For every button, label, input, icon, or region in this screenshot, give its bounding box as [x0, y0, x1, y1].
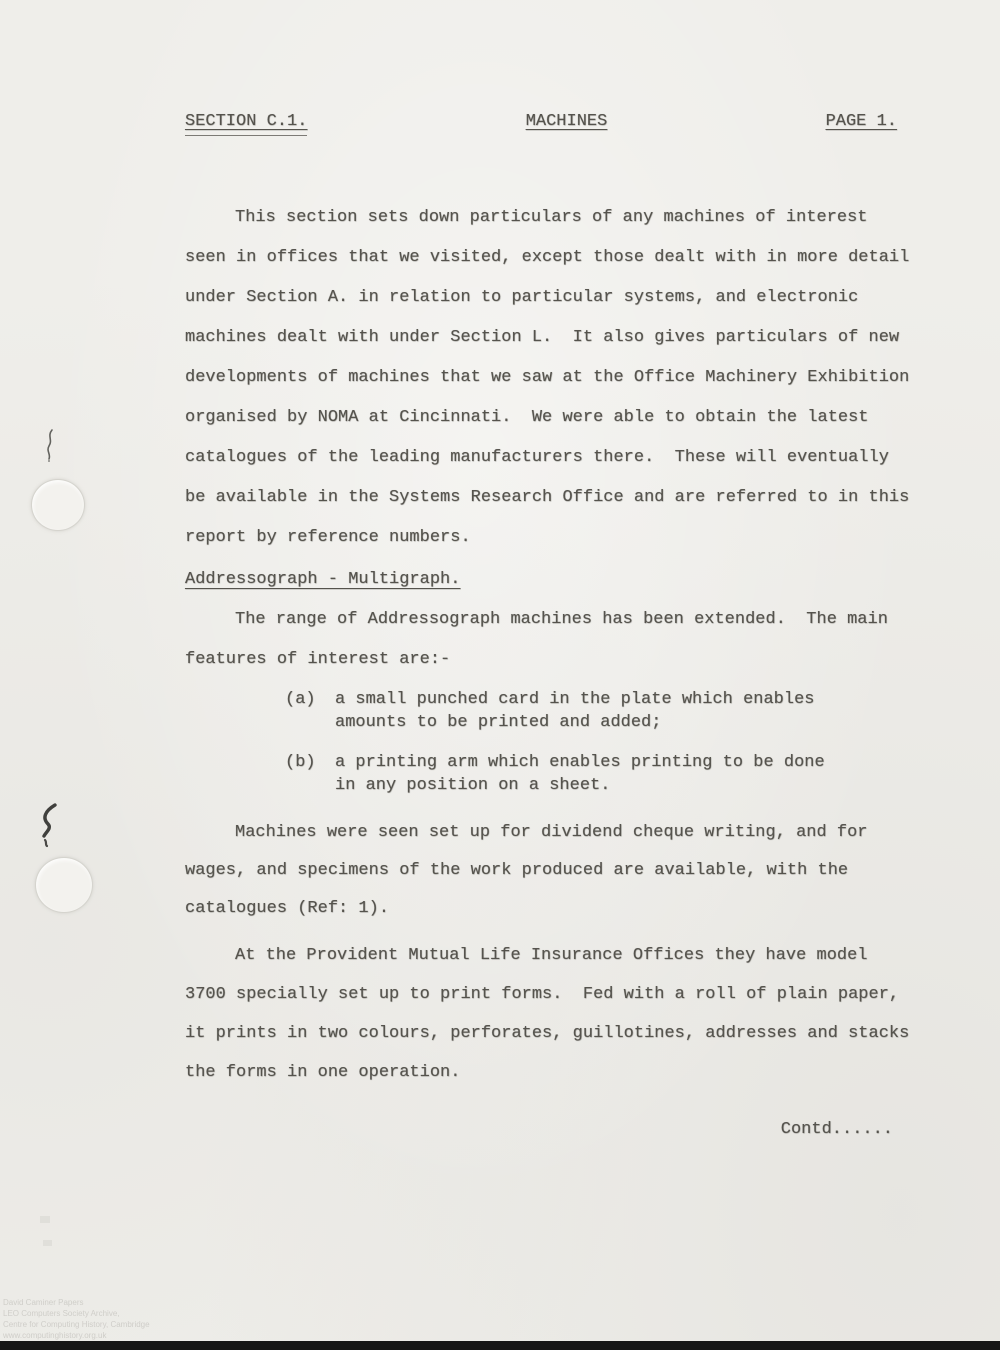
- scan-edge-bar: [0, 1341, 1000, 1350]
- text-line: catalogues of the leading manufacturers …: [185, 438, 917, 478]
- feature-list: (a) a small punched card in the plate wh…: [185, 688, 917, 797]
- hole-punch: [31, 479, 85, 531]
- faint-mark: [43, 1240, 52, 1246]
- pen-mark-icon: [42, 428, 58, 462]
- header-section-label: SECTION C.1.: [185, 112, 307, 136]
- text-line: The range of Addressograph machines has …: [185, 600, 917, 640]
- text-line: machines dealt with under Section L. It …: [185, 318, 917, 358]
- text-line: Centre for Computing History, Cambridge: [3, 1319, 150, 1330]
- scanned-document-page: SECTION C.1. MACHINES PAGE 1. This secti…: [0, 0, 1000, 1350]
- text-line: 3700 specially set up to print forms. Fe…: [185, 975, 917, 1014]
- continued-label: Contd......: [185, 1120, 917, 1140]
- text-line: the forms in one operation.: [185, 1053, 917, 1092]
- text-line: David Caminer Papers: [3, 1297, 150, 1308]
- paragraph-provident-mutual: At the Provident Mutual Life Insurance O…: [185, 936, 917, 1092]
- archive-watermark: David Caminer PapersLEO Computers Societ…: [3, 1297, 150, 1341]
- text-line: features of interest are:-: [185, 640, 917, 680]
- text-line: seen in offices that we visited, except …: [185, 238, 917, 278]
- text-line: wages, and specimens of the work produce…: [185, 852, 917, 890]
- text-line: amounts to be printed and added;: [335, 711, 814, 734]
- text-line: LEO Computers Society Archive,: [3, 1308, 150, 1319]
- list-item-a-marker: (a): [285, 688, 335, 734]
- list-item-b-marker: (b): [285, 751, 335, 797]
- section-heading-addressograph: Addressograph - Multigraph.: [185, 560, 917, 600]
- text-line: report by reference numbers.: [185, 518, 917, 558]
- paragraph-machines-seen: Machines were seen set up for dividend c…: [185, 814, 917, 928]
- text-line: Machines were seen set up for dividend c…: [185, 814, 917, 852]
- faint-mark: [40, 1216, 50, 1223]
- text-line: in any position on a sheet.: [335, 774, 825, 797]
- text-line: This section sets down particulars of an…: [185, 198, 917, 238]
- text-line: a small punched card in the plate which …: [335, 688, 814, 711]
- text-line: catalogues (Ref: 1).: [185, 890, 917, 928]
- text-line: it prints in two colours, perforates, gu…: [185, 1014, 917, 1053]
- list-item-b: (b) a printing arm which enables printin…: [185, 751, 917, 797]
- text-line: www.computinghistory.org.uk: [3, 1330, 150, 1341]
- paragraph-range: The range of Addressograph machines has …: [185, 600, 917, 680]
- pen-mark-icon: [36, 802, 60, 848]
- header-title: MACHINES: [526, 112, 608, 131]
- list-item-b-text: a printing arm which enables printing to…: [335, 751, 825, 797]
- text-line: At the Provident Mutual Life Insurance O…: [185, 936, 917, 975]
- hole-punch: [35, 857, 93, 913]
- typewritten-content: SECTION C.1. MACHINES PAGE 1. This secti…: [185, 112, 917, 1140]
- text-line: developments of machines that we saw at …: [185, 358, 917, 398]
- text-line: be available in the Systems Research Off…: [185, 478, 917, 518]
- list-item-a: (a) a small punched card in the plate wh…: [185, 688, 917, 734]
- text-line: a printing arm which enables printing to…: [335, 751, 825, 774]
- text-line: organised by NOMA at Cincinnati. We were…: [185, 398, 917, 438]
- page-header: SECTION C.1. MACHINES PAGE 1.: [185, 112, 917, 136]
- header-page-label: PAGE 1.: [826, 112, 897, 131]
- text-line: under Section A. in relation to particul…: [185, 278, 917, 318]
- paragraph-intro: This section sets down particulars of an…: [185, 198, 917, 558]
- list-item-a-text: a small punched card in the plate which …: [335, 688, 814, 734]
